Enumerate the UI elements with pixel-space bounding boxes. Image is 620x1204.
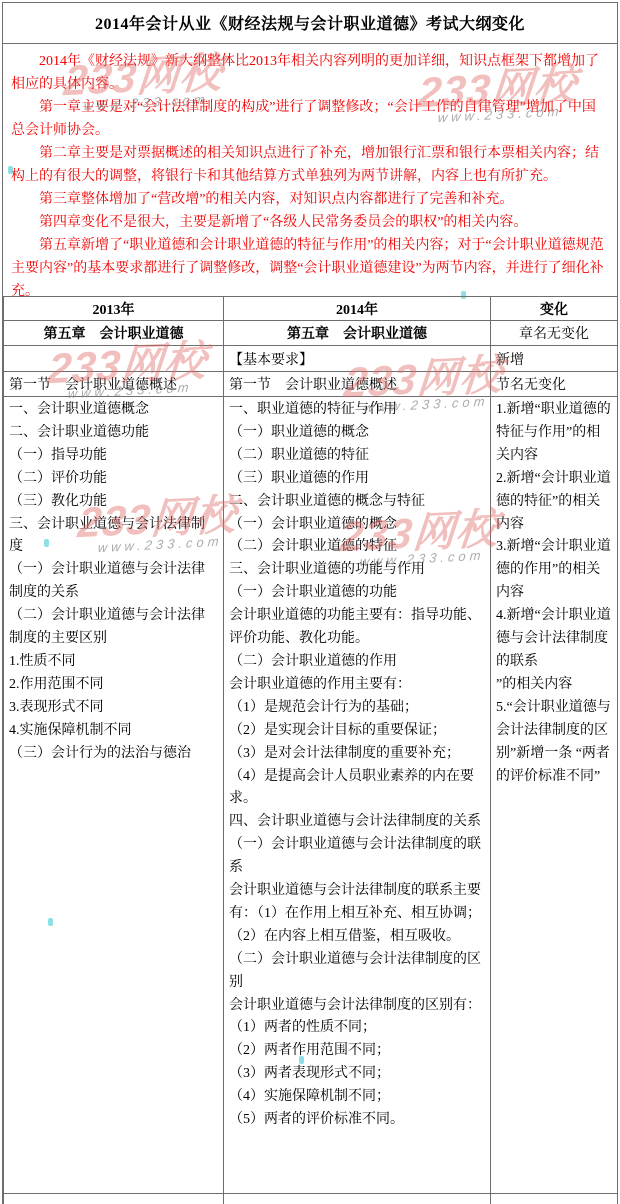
empty-cell xyxy=(491,1194,618,1204)
outline-line: 一、职业道德的特征与作用 xyxy=(229,399,485,422)
truncated-row xyxy=(4,1194,618,1204)
outline-line: 2.作用范围不同 xyxy=(9,674,218,697)
comparison-table: 2013年 2014年 变化 第五章 会计职业道德 第五章 会计职业道德 章名无… xyxy=(3,296,618,1204)
outline-line: （二）会计职业道德与会计法律制度的主要区别 xyxy=(9,605,218,651)
outline-line: （二）评价功能 xyxy=(9,468,218,491)
outline-line: 三、会计职业道德的功能与作用 xyxy=(229,559,485,582)
outline-line: （三）会计行为的法治与德治 xyxy=(9,743,218,766)
intro-paragraph: 第五章新增了“职业道德和会计职业道德的特征与作用”的相关内容；对于“会计职业道德… xyxy=(11,234,609,303)
outline-line: （3）两者表现形式不同； xyxy=(229,1063,485,1086)
outline-line: （2）两者作用范围不同； xyxy=(229,1040,485,1063)
outline-line: （三）教化功能 xyxy=(9,491,218,514)
outline-2014-cell: 一、职业道德的特征与作用（一）职业道德的概念（二）职业道德的特征（三）职业道德的… xyxy=(224,397,491,1194)
empty-cell xyxy=(4,1194,224,1204)
outline-line: （一）职业道德的概念 xyxy=(229,422,485,445)
change-note-line: 3.新增“会计职业道德的作用”的相关内容 xyxy=(496,536,612,605)
outline-line: （一）指导功能 xyxy=(9,445,218,468)
empty-cell xyxy=(224,1194,491,1204)
outline-line: （三）职业道德的作用 xyxy=(229,468,485,491)
intro-section: 2014年《财经法规》新大纲整体比2013年相关内容列明的更加详细，知识点框架下… xyxy=(3,44,617,296)
table-header-row: 2013年 2014年 变化 xyxy=(4,297,618,321)
empty-cell xyxy=(4,346,224,372)
outline-line: 四、会计职业道德与会计法律制度的关系 xyxy=(229,811,485,834)
outline-line: 4.实施保障机制不同 xyxy=(9,720,218,743)
outline-line: （二）会计职业道德的特征 xyxy=(229,536,485,559)
col-header-change: 变化 xyxy=(491,297,618,321)
outline-line: 3.表现形式不同 xyxy=(9,697,218,720)
outline-line: （2）在内容上相互借鉴，相互吸收。 xyxy=(229,926,485,949)
intro-paragraph: 第三章整体增加了“营改增”的相关内容，对知识点内容都进行了完善和补充。 xyxy=(11,188,609,211)
outline-line: （一）会计职业道德与会计法律制度的关系 xyxy=(9,559,218,605)
outline-line: 一、会计职业道德概念 xyxy=(9,399,218,422)
outline-line: （1）是规范会计行为的基础； xyxy=(229,697,485,720)
outline-line: （3）是对会计法律制度的重要补充； xyxy=(229,743,485,766)
document-frame: 2014年会计从业《财经法规与会计职业道德》考试大纲变化 2014年《财经法规》… xyxy=(2,2,618,1204)
section-row: 第一节 会计职业道德概述 第一节 会计职业道德概述 节名无变化 xyxy=(4,372,618,397)
outline-line: 二、会计职业道德的概念与特征 xyxy=(229,491,485,514)
section-cell-2014: 第一节 会计职业道德概述 xyxy=(224,372,491,397)
outline-body-row: 一、会计职业道德概念二、会计职业道德功能（一）指导功能（二）评价功能（三）教化功… xyxy=(4,397,618,1194)
chapter-cell-2014: 第五章 会计职业道德 xyxy=(224,321,491,346)
outline-change-cell: 1.新增“职业道德的特征与作用”的相关内容2.新增“会计职业道德的特征”的相关内… xyxy=(491,397,618,1194)
basic-requirement-change-cell: 新增 xyxy=(491,346,618,372)
change-note-line: 4.新增“会计职业道德与会计法律制度的联系 xyxy=(496,605,612,674)
outline-2013-list: 一、会计职业道德概念二、会计职业道德功能（一）指导功能（二）评价功能（三）教化功… xyxy=(9,399,218,766)
change-note-line: 1.新增“职业道德的特征与作用”的相关内容 xyxy=(496,399,612,468)
page: { "title": "2014年会计从业《财经法规与会计职业道德》考试大纲变化… xyxy=(0,0,620,1204)
outline-line: （4）是提高会计人员职业素养的内在要求。 xyxy=(229,766,485,812)
change-note-line: 5.“会计职业道德与会计法律制度的区别”新增一条 “两者的评价标准不同” xyxy=(496,697,612,789)
title-row: 2014年会计从业《财经法规与会计职业道德》考试大纲变化 xyxy=(3,3,617,44)
outline-line: （二）会计职业道德的作用 xyxy=(229,651,485,674)
intro-paragraph: 第四章变化不是很大，主要是新增了“各级人民常务委员会的职权”的相关内容。 xyxy=(11,211,609,234)
outline-change-list: 1.新增“职业道德的特征与作用”的相关内容2.新增“会计职业道德的特征”的相关内… xyxy=(496,399,612,788)
outline-line: 会计职业道德与会计法律制度的联系主要有：（1）在作用上相互补充、相互协调； xyxy=(229,880,485,926)
outline-line: 会计职业道德与会计法律制度的区别有： xyxy=(229,995,485,1018)
page-title: 2014年会计从业《财经法规与会计职业道德》考试大纲变化 xyxy=(95,11,525,34)
intro-paragraph: 2014年《财经法规》新大纲整体比2013年相关内容列明的更加详细，知识点框架下… xyxy=(11,50,609,96)
outline-line: 1.性质不同 xyxy=(9,651,218,674)
chapter-change-cell: 章名无变化 xyxy=(491,321,618,346)
outline-line: 三、会计职业道德与会计法律制度 xyxy=(9,514,218,560)
outline-line: （1）两者的性质不同； xyxy=(229,1017,485,1040)
col-header-2014: 2014年 xyxy=(224,297,491,321)
outline-2013-cell: 一、会计职业道德概念二、会计职业道德功能（一）指导功能（二）评价功能（三）教化功… xyxy=(4,397,224,1194)
outline-line: （一）会计职业道德的功能 xyxy=(229,582,485,605)
intro-paragraph: 第一章主要是对“会计法律制度的构成”进行了调整修改；“会计工作的自律管理”增加了… xyxy=(11,96,609,142)
outline-line: （一）会计职业道德与会计法律制度的联系 xyxy=(229,834,485,880)
outline-line: （一）会计职业道德的概念 xyxy=(229,514,485,537)
section-cell-2013: 第一节 会计职业道德概述 xyxy=(4,372,224,397)
chapter-cell-2013: 第五章 会计职业道德 xyxy=(4,321,224,346)
outline-line: 会计职业道德的功能主要有：指导功能、评价功能、教化功能。 xyxy=(229,605,485,651)
outline-2014-list: 一、职业道德的特征与作用（一）职业道德的概念（二）职业道德的特征（三）职业道德的… xyxy=(229,399,485,1132)
section-change-cell: 节名无变化 xyxy=(491,372,618,397)
outline-line: （二）会计职业道德与会计法律制度的区别 xyxy=(229,949,485,995)
outline-line: （4）实施保障机制不同； xyxy=(229,1086,485,1109)
outline-line: （5）两者的评价标准不同。 xyxy=(229,1109,485,1132)
outline-line: 会计职业道德的作用主要有： xyxy=(229,674,485,697)
outline-line: 二、会计职业道德功能 xyxy=(9,422,218,445)
change-note-line: ”的相关内容 xyxy=(496,674,612,697)
outline-line: （二）职业道德的特征 xyxy=(229,445,485,468)
intro-paragraph: 第二章主要是对票据概述的相关知识点进行了补充，增加银行汇票和银行本票相关内容；结… xyxy=(11,142,609,188)
chapter-row: 第五章 会计职业道德 第五章 会计职业道德 章名无变化 xyxy=(4,321,618,346)
change-note-line: 2.新增“会计职业道德的特征”的相关内容 xyxy=(496,468,612,537)
basic-requirement-row: 【基本要求】 新增 xyxy=(4,346,618,372)
outline-line: （2）是实现会计目标的重要保证； xyxy=(229,720,485,743)
basic-requirement-cell: 【基本要求】 xyxy=(224,346,491,372)
